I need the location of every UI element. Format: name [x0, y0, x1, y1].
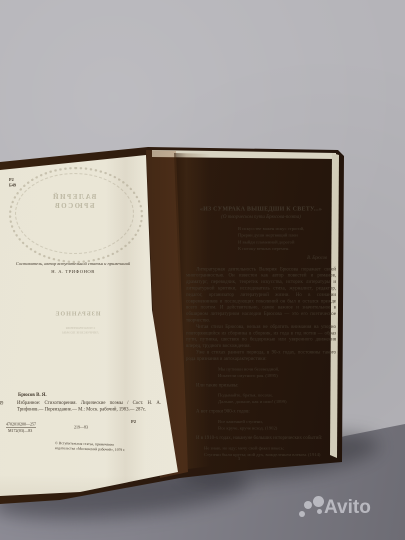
avito-logo-icon [304, 501, 312, 509]
article-paragraph: Уже в стихах раннего периода, в 90-х год… [186, 349, 336, 362]
article-subtitle: (О творческом пути Брюсова-поэта) [186, 214, 336, 220]
article-paragraph: Читая стихи Брюсова, нельзя не обратить … [186, 324, 336, 350]
book-photo: Р2 Б49 ВАЛЕРИЙ БРЮСОВ Составитель, автор… [0, 0, 405, 540]
verse-quote: Подымайте, братья, посохи, Дальше, дальш… [218, 392, 336, 405]
avito-wordmark: Avito [324, 497, 371, 519]
epigraph: В искусстве важен искус строгий, Прерви … [238, 226, 336, 253]
compiler-name: Н. А. ТРИФОНОВ [0, 269, 146, 274]
compiler-credit: Составитель, автор вступительной статьи … [0, 261, 146, 266]
seethrough-book-title: ИЗБРАННОЕ [45, 310, 110, 318]
imprint-isbn-denominator: М172(03)—83 [8, 429, 32, 434]
ornament-wreath-inner [15, 173, 134, 254]
verse-quote: Все каменней ступени, Все круче, круче в… [218, 419, 336, 432]
seethrough-book-subtitle: СТИХОТВОРЕНИЯ ЛИРИЧЕСКИЕ ПОЭМЫ [48, 326, 113, 335]
page-number: 3 [186, 456, 292, 461]
article-title: «ИЗ СУМРАКА ВЫШЕДШИ К СВЕТУ...» [186, 205, 336, 212]
article-paragraph: Литературная деятельность Валерия Брюсов… [186, 266, 336, 324]
imprint-order-code: 219—83 [74, 425, 88, 430]
epigraph-author: В. Брюсов [186, 255, 327, 260]
right-page-content: «ИЗ СУМРАКА ВЫШЕДШИ К СВЕТУ...» (О творч… [186, 200, 336, 465]
article-paragraph: А вот строки 900-х годов: [186, 409, 336, 415]
imprint-entry-code: Б49 [0, 401, 3, 406]
catalog-code: Р2 Б49 [9, 177, 16, 188]
imprint-citation: Избранное: Стихотворения. Лирические поэ… [17, 400, 161, 413]
imprint-isbn-numerator: 4702010200—257 [6, 422, 36, 428]
imprint-copyright: © Вступительная статья, примечания издат… [55, 441, 155, 453]
left-page-content: Р2 Б49 ВАЛЕРИЙ БРЮСОВ Составитель, автор… [0, 170, 165, 470]
avito-watermark: Avito [296, 493, 405, 535]
avito-logo-icon [299, 511, 305, 517]
article-paragraph: Или такие призывы: [186, 382, 336, 388]
avito-logo-icon [313, 496, 324, 507]
verse-quote: Мы путники ночи беззвездной, Искатели см… [218, 366, 336, 379]
imprint-class-code: Р2 [131, 419, 136, 424]
avito-logo-icon [317, 509, 322, 514]
article-paragraph: И в 1910-х годах, накануне больших истор… [186, 435, 336, 441]
seethrough-author-title: ВАЛЕРИЙ БРЮСОВ [10, 193, 138, 211]
imprint-author: Брюсов В. Я. [18, 392, 47, 398]
